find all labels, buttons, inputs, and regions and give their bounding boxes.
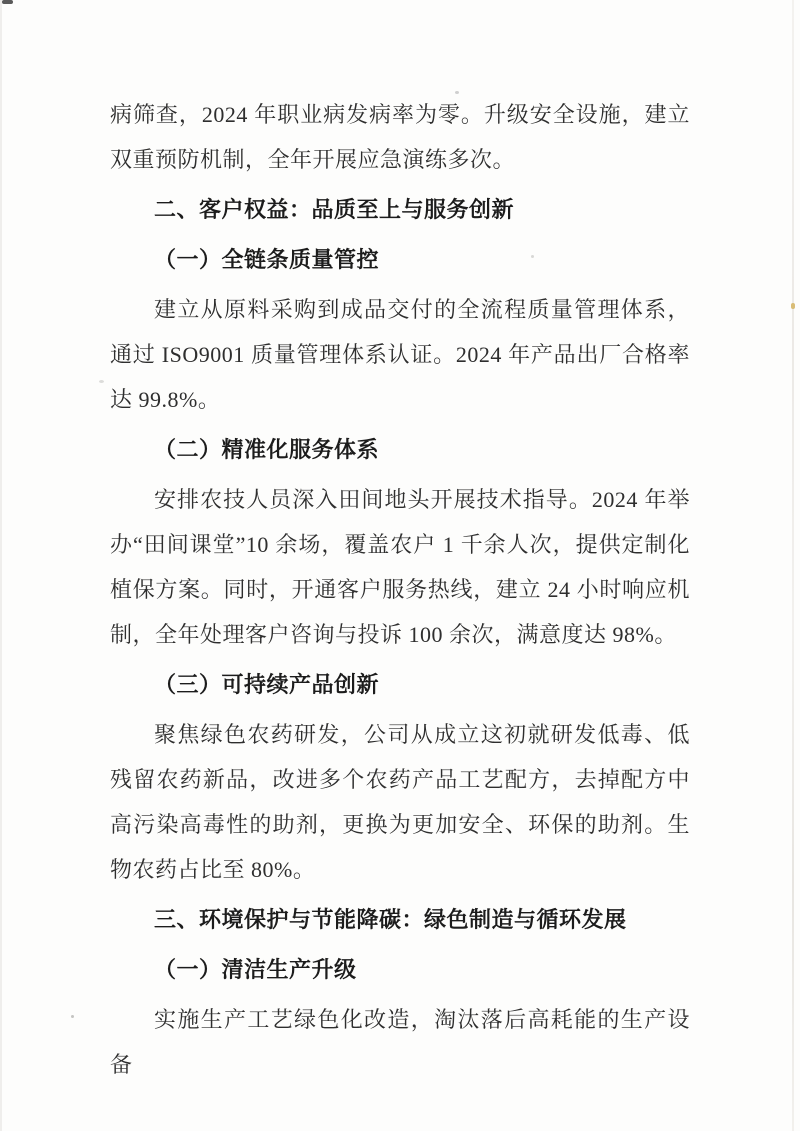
subsection-heading-3-1: （一）清洁生产升级	[110, 947, 690, 992]
subsection-heading-2-2: （二）精准化服务体系	[110, 427, 690, 472]
scan-speck	[455, 91, 459, 94]
subsection-heading-2-1: （一）全链条质量管控	[110, 237, 690, 282]
paragraph-service-system: 安排农技人员深入田间地头开展技术指导。2024 年举办“田间课堂”10 余场，覆…	[110, 477, 690, 657]
paragraph-clean-production: 实施生产工艺绿色化改造，淘汰落后高耗能的生产设备	[110, 997, 690, 1087]
paragraph-quality-control: 建立从原料采购到成品交付的全流程质量管理体系，通过 ISO9001 质量管理体系…	[110, 287, 690, 422]
scan-speck	[531, 255, 534, 258]
scan-speck	[791, 303, 795, 309]
scan-speck	[99, 380, 104, 383]
scan-speck	[2, 0, 13, 4]
document-page: 病筛查，2024 年职业病发病率为零。升级安全设施，建立双重预防机制，全年开展应…	[0, 0, 800, 1131]
scan-speck	[71, 1015, 74, 1018]
section-heading-2: 二、客户权益：品质至上与服务创新	[110, 187, 690, 232]
scan-edge-line-left	[0, 0, 2, 1131]
subsection-heading-2-3: （三）可持续产品创新	[110, 662, 690, 707]
section-heading-3: 三、环境保护与节能降碳：绿色制造与循环发展	[110, 897, 690, 942]
paragraph-continued: 病筛查，2024 年职业病发病率为零。升级安全设施，建立双重预防机制，全年开展应…	[110, 92, 690, 182]
scan-edge-line-right	[792, 0, 794, 1131]
paragraph-product-innovation: 聚焦绿色农药研发，公司从成立这初就研发低毒、低残留农药新品，改进多个农药产品工艺…	[110, 712, 690, 892]
